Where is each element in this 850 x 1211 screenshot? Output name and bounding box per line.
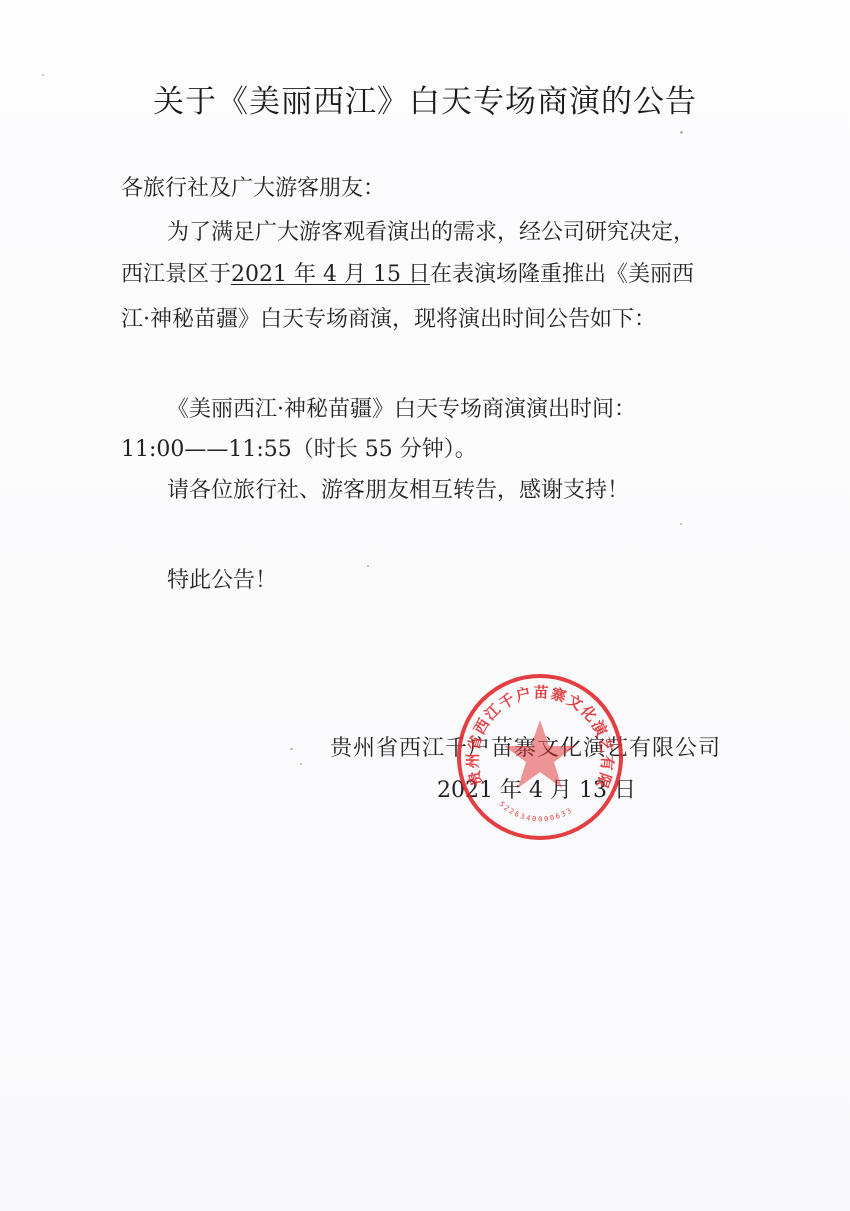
request-line: 请各位旅行社、游客朋友相互转告，感谢支持！ xyxy=(167,473,629,504)
scan-speck xyxy=(300,763,302,765)
underlined-date: 2021 年 4 月 15 日 xyxy=(231,262,430,287)
scan-speck xyxy=(680,131,683,134)
paragraph1-line2-prefix: 西江景区于 xyxy=(121,262,231,287)
paragraph1-line1: 为了满足广大游客观看演出的需求，经公司研究决定， xyxy=(167,215,695,246)
paragraph1-line2: 西江景区于2021 年 4 月 15 日在表演场隆重推出《美丽西 xyxy=(121,257,694,288)
scan-speck xyxy=(680,523,682,525)
schedule-line2: 11:00——11:55（时长 55 分钟）。 xyxy=(121,432,477,463)
schedule-line1: 《美丽西江·神秘苗疆》白天专场商演演出时间： xyxy=(167,392,636,423)
scan-speck xyxy=(290,748,293,750)
document-title: 关于《美丽西江》白天专场商演的公告 xyxy=(0,76,850,121)
document-page: 关于《美丽西江》白天专场商演的公告 各旅行社及广大游客朋友： 为了满足广大游客观… xyxy=(0,0,850,1211)
salutation: 各旅行社及广大游客朋友： xyxy=(121,171,385,202)
signature-date: 2021 年 4 月 13 日 xyxy=(437,773,636,804)
signature-company: 贵州省西江千户苗寨文化演艺有限公司 xyxy=(330,731,721,762)
closing-line: 特此公告！ xyxy=(167,563,277,594)
paragraph1-line2-suffix: 在表演场隆重推出《美丽西 xyxy=(430,262,694,287)
scan-speck xyxy=(367,565,369,567)
scan-speck xyxy=(42,74,44,76)
paragraph1-line3: 江·神秘苗疆》白天专场商演，现将演出时间公告如下： xyxy=(121,302,656,333)
